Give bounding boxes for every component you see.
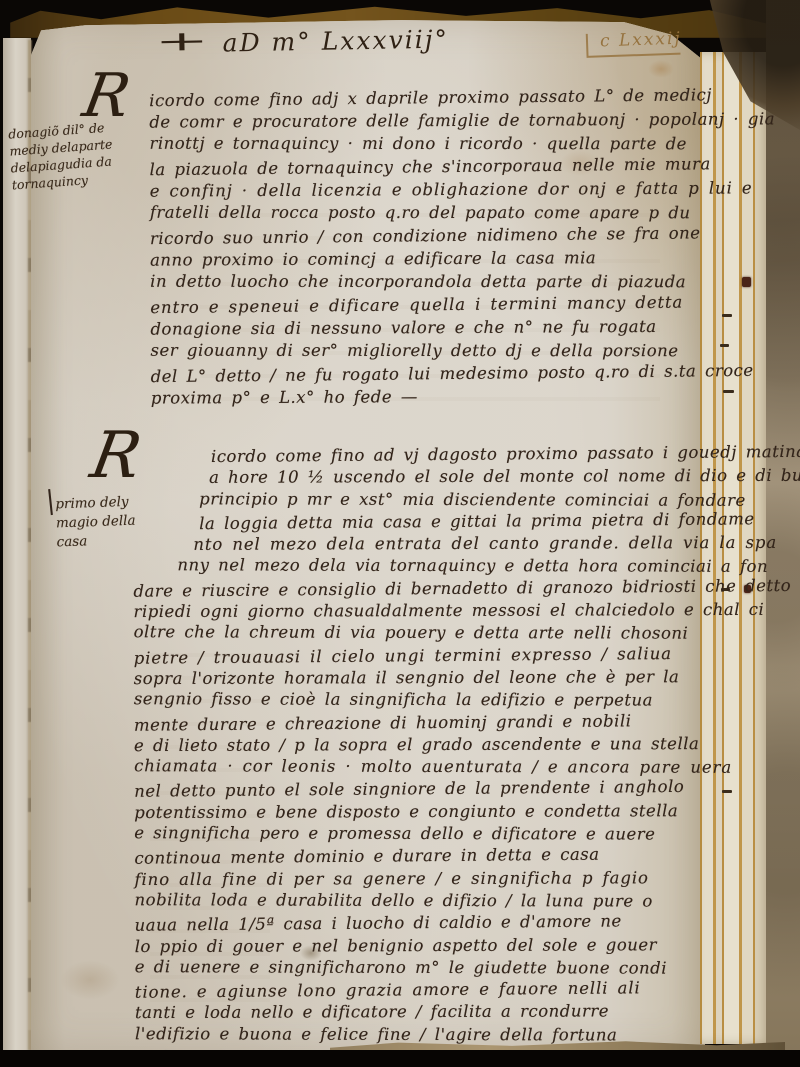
manuscript-line: proxima p° e L.x° ho fede — [151,383,751,409]
entry1-text: icordo come fino adj x daprile proximo p… [149,84,751,409]
manuscript-line: e confinj · della licenzia e oblighazion… [150,176,750,202]
manuscript-line: de comr e procuratore delle famiglie de … [149,107,749,133]
manuscript-line: potentissimo e bene disposto e congiunto… [134,800,752,824]
manuscript-line: ser giouanny di ser° migliorelly detto d… [151,339,751,363]
manuscript-line: mente durare e chreazione di huominj gra… [134,709,752,737]
manuscript-line: lo ppio di gouer e nel benignio aspetto … [135,933,753,957]
margin-note-line: magio della [56,512,136,534]
manuscript-line: fratelli della rocca posto q.ro del papa… [150,201,750,225]
margin-note-entry1: donagiõ dil° demediy delapartedelapiagud… [8,118,115,193]
header-date: aD m° Lxxxviij° [222,25,449,58]
manuscript-line: in detto luocho che incorporandola detta… [150,270,750,294]
manuscript-line: donagione sia di nessuno valore e che n°… [150,314,750,340]
folio-underline-flourish [586,31,681,58]
margin-note-line: casa [56,531,136,553]
manuscript-line: nto nel mezo dela entrata del canto gran… [133,532,751,556]
manuscript-line: anno proximo io comincj a edificare la c… [150,245,750,271]
manuscript-line: tanti e loda nello e dificatore / facili… [135,1000,753,1024]
manuscript-photo: +aD m° Lxxxviij° c Lxxxij R donagiõ dil°… [0,0,800,1067]
manuscript-line: a hore 10 ½ uscendo el sole del monte co… [133,465,751,489]
header-invocation: +aD m° Lxxxviij° [172,24,449,60]
cross-icon: + [154,26,214,58]
bottom-shadow [0,1050,800,1067]
manuscript-line: oltre che la chreum di via pouery e dett… [134,622,752,646]
manuscript-line: rinottj e tornaquincy · mi dono i ricord… [149,132,749,156]
manuscript-line: nny nel mezo dela via tornaquincy e dett… [133,555,751,579]
manuscript-line: fino alla fine di per sa genere / e sing… [134,867,752,891]
manuscript-line: l'edifizio e buona e felice fine / l'agi… [135,1023,753,1047]
margin-note-entry2: primo delymagio dellacasa [55,493,136,553]
entry2-text: icordo come fino ad vj dagosto proximo p… [133,443,753,1047]
manuscript-line: e di lieto stato / p la sopra el grado a… [134,733,752,757]
manuscript-line: sengnio fisso e cioè la singnificha la e… [134,688,752,712]
manuscript-line: ripiedi ogni giorno chasualdalmente mess… [133,599,751,623]
manuscript-line: sopra l'orizonte horamala il sengnio del… [134,666,752,690]
folio-number: c Lxxxij [600,29,682,52]
